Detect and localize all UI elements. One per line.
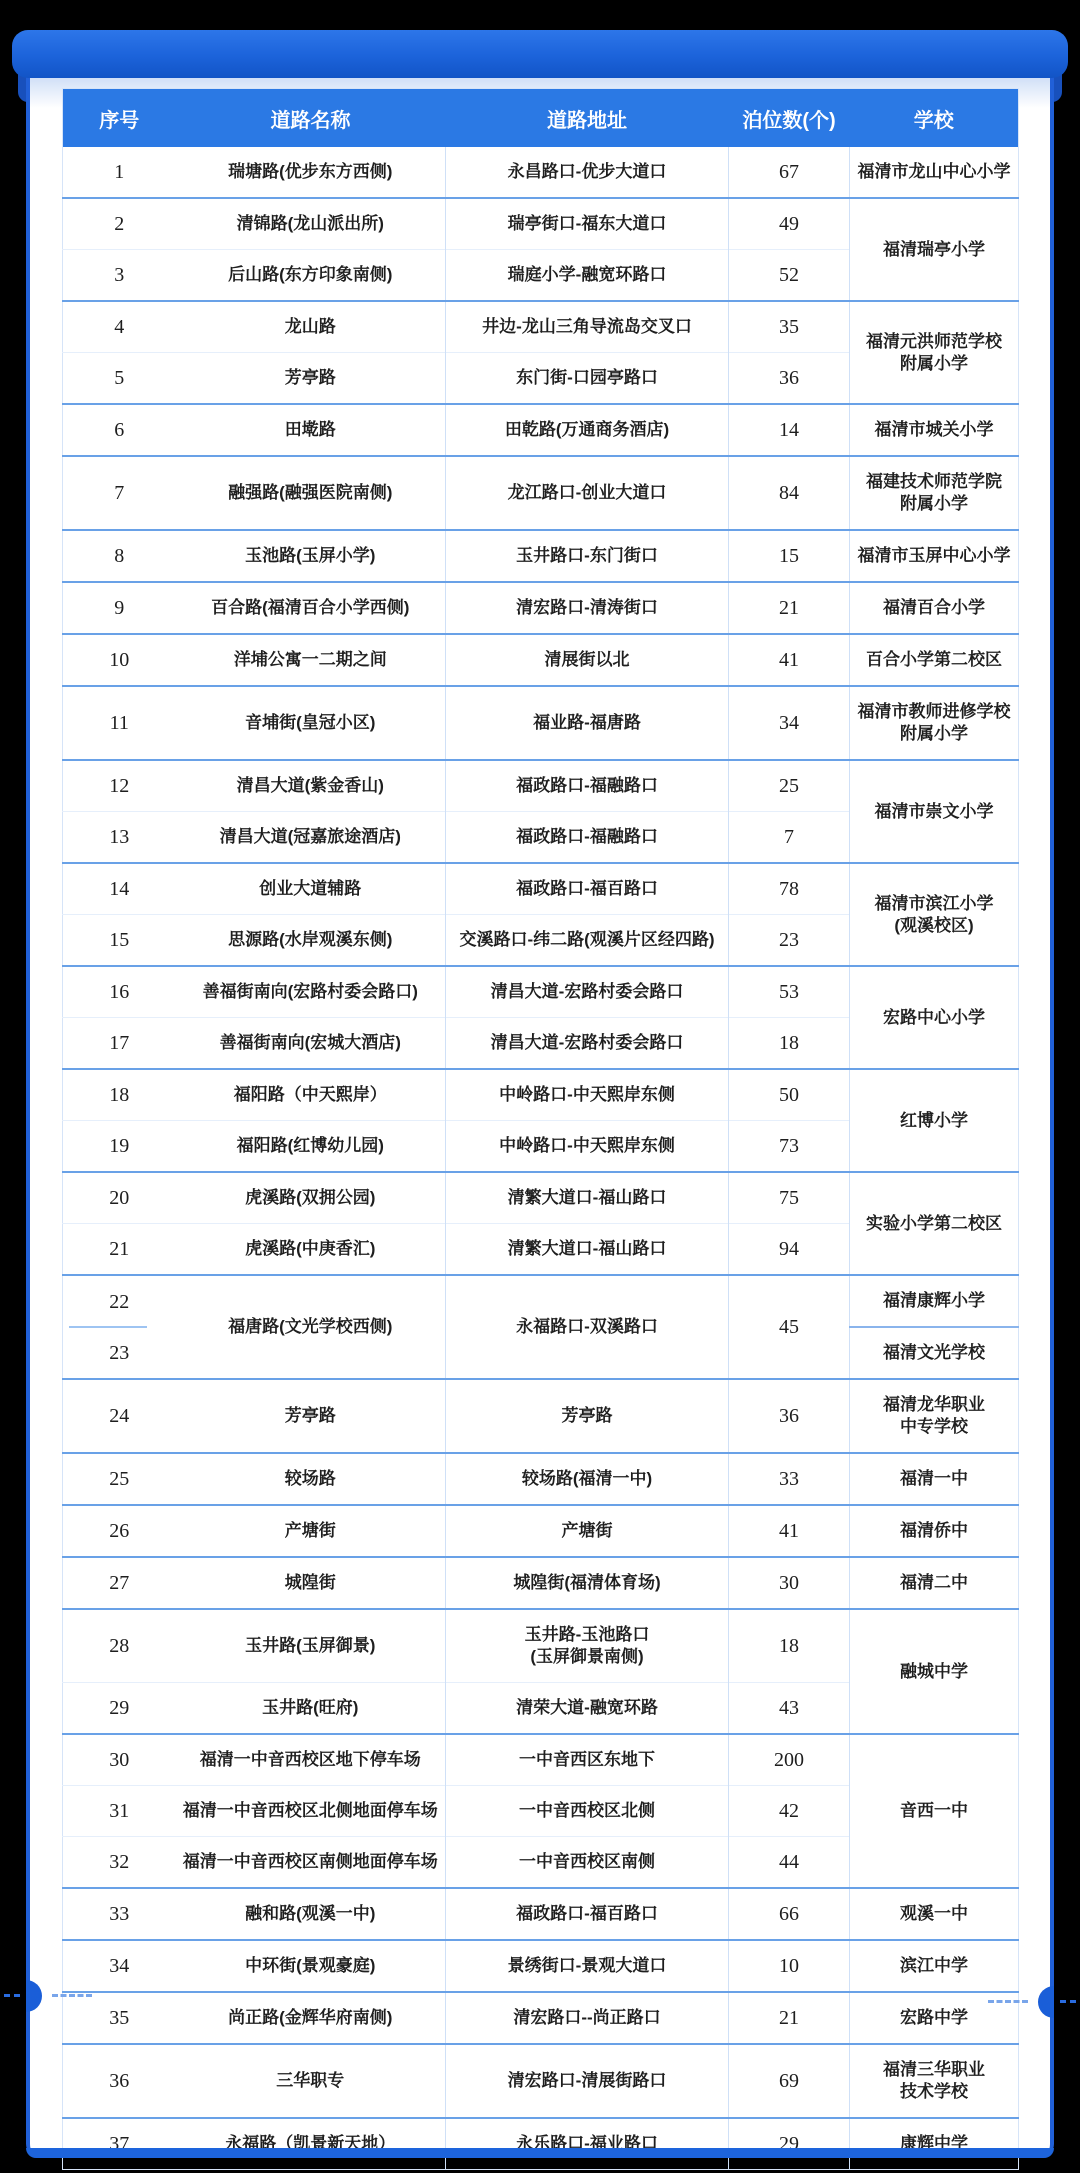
cell-road-address: 龙江路口-创业大道口 xyxy=(446,456,729,530)
cell-road-name: 清昌大道(冠嘉旅途酒店) xyxy=(176,812,446,864)
cell-school: 福建技术师范学院 附属小学 xyxy=(850,456,1019,530)
cell-spots-count: 69 xyxy=(729,2044,850,2118)
cell-school: 百合小学第二校区 xyxy=(850,634,1019,686)
cell-road-name: 福唐路(文光学校西侧) xyxy=(176,1275,446,1379)
cell-road-address: 芳亭路 xyxy=(446,1379,729,1453)
table-row: 12清昌大道(紫金香山)福政路口-福融路口25福清市崇文小学 xyxy=(63,760,1019,812)
cell-spots-count: 34 xyxy=(729,686,850,760)
table-row: 14创业大道辅路福政路口-福百路口78福清市滨江小学 (观溪校区) xyxy=(63,863,1019,915)
cell-spots-count: 35 xyxy=(729,301,850,353)
cell-road-address: 中岭路口-中天熙岸东侧 xyxy=(446,1069,729,1121)
cell-school: 福清百合小学 xyxy=(850,582,1019,634)
table-row: 33融和路(观溪一中)福政路口-福百路口66观溪一中 xyxy=(63,1888,1019,1940)
cell-road-address: 瑞庭小学-融宽环路口 xyxy=(446,250,729,302)
cell-school: 音西一中 xyxy=(850,1734,1019,1888)
cell-spots-count: 67 xyxy=(729,147,850,198)
cell-road-address: 一中音西区东地下 xyxy=(446,1734,729,1786)
cell-seq: 18 xyxy=(63,1069,176,1121)
cell-road-name: 玉井路(旺府) xyxy=(176,1683,446,1735)
cell-spots-count: 43 xyxy=(729,1683,850,1735)
cell-road-address: 永乐路口-福业路口 xyxy=(446,2118,729,2170)
cell-seq: 35 xyxy=(63,1992,176,2044)
cell-road-address: 井边-龙山三角导流岛交叉口 xyxy=(446,301,729,353)
cell-seq: 32 xyxy=(63,1837,176,1889)
cell-seq: 10 xyxy=(63,634,176,686)
cell-road-name: 芳亭路 xyxy=(176,353,446,405)
cell-road-address: 玉井路口-东门街口 xyxy=(446,530,729,582)
cell-seq: 5 xyxy=(63,353,176,405)
cell-seq: 27 xyxy=(63,1557,176,1609)
cell-seq: 1 xyxy=(63,147,176,198)
cell-seq: 22 xyxy=(63,1275,176,1327)
cell-road-address: 交溪路口-纬二路(观溪片区经四路) xyxy=(446,915,729,967)
cell-road-name: 玉池路(玉屏小学) xyxy=(176,530,446,582)
table-row: 30福清一中音西校区地下停车场一中音西区东地下200音西一中 xyxy=(63,1734,1019,1786)
cell-seq: 20 xyxy=(63,1172,176,1224)
cell-road-name: 清昌大道(紫金香山) xyxy=(176,760,446,812)
table-row: 37永福路（凯景新天地）永乐路口-福业路口29康辉中学 xyxy=(63,2118,1019,2170)
cell-road-name: 百合路(福清百合小学西侧) xyxy=(176,582,446,634)
cell-road-name: 永福路（凯景新天地） xyxy=(176,2118,446,2170)
scroll-rod-decoration xyxy=(12,30,1068,78)
cell-road-name: 尚正路(金辉华府南侧) xyxy=(176,1992,446,2044)
cell-spots-count: 50 xyxy=(729,1069,850,1121)
table-row: 10洋埔公寓一二期之间清展街以北41百合小学第二校区 xyxy=(63,634,1019,686)
cell-school: 宏路中心小学 xyxy=(850,966,1019,1069)
cell-road-address: 清宏路口-清涛街口 xyxy=(446,582,729,634)
cell-seq: 8 xyxy=(63,530,176,582)
right-tear-dash-outer xyxy=(1060,2000,1076,2003)
cell-road-name: 洋埔公寓一二期之间 xyxy=(176,634,446,686)
table-row: 1瑞塘路(优步东方西侧)永昌路口-优步大道口67福清市龙山中心小学 xyxy=(63,147,1019,198)
cell-seq: 19 xyxy=(63,1121,176,1173)
cell-spots-count: 78 xyxy=(729,863,850,915)
cell-road-name: 中环街(景观豪庭) xyxy=(176,1940,446,1992)
cell-road-address: 东门街-口园亭路口 xyxy=(446,353,729,405)
cell-spots-count: 49 xyxy=(729,198,850,250)
table-row: 11音埔街(皇冠小区)福业路-福唐路34福清市教师进修学校 附属小学 xyxy=(63,686,1019,760)
cell-spots-count: 52 xyxy=(729,250,850,302)
cell-spots-count: 14 xyxy=(729,404,850,456)
cell-road-name: 清锦路(龙山派出所) xyxy=(176,198,446,250)
table-row: 18福阳路（中天熙岸）中岭路口-中天熙岸东侧50红博小学 xyxy=(63,1069,1019,1121)
table-body: 1瑞塘路(优步东方西侧)永昌路口-优步大道口67福清市龙山中心小学2清锦路(龙山… xyxy=(63,147,1019,2170)
cell-road-address: 清昌大道-宏路村委会路口 xyxy=(446,1018,729,1070)
table-row: 22福唐路(文光学校西侧)永福路口-双溪路口45福清康辉小学 xyxy=(63,1275,1019,1327)
cell-road-address: 福政路口-福百路口 xyxy=(446,863,729,915)
header-row: 序号道路名称道路地址泊位数(个)学校 xyxy=(63,89,1019,148)
left-tear-dash-outer xyxy=(4,1994,20,1997)
cell-seq: 24 xyxy=(63,1379,176,1453)
table-row: 26产塘街产塘街41福清侨中 xyxy=(63,1505,1019,1557)
cell-road-name: 后山路(东方印象南侧) xyxy=(176,250,446,302)
cell-seq: 16 xyxy=(63,966,176,1018)
cell-school: 福清市教师进修学校 附属小学 xyxy=(850,686,1019,760)
cell-road-address: 清展街以北 xyxy=(446,634,729,686)
table-row: 4龙山路井边-龙山三角导流岛交叉口35福清元洪师范学校 附属小学 xyxy=(63,301,1019,353)
cell-seq: 29 xyxy=(63,1683,176,1735)
cell-seq: 17 xyxy=(63,1018,176,1070)
cell-road-name: 玉井路(玉屏御景) xyxy=(176,1609,446,1683)
cell-school: 福清文光学校 xyxy=(850,1327,1019,1379)
scroll-page: 序号道路名称道路地址泊位数(个)学校 1瑞塘路(优步东方西侧)永昌路口-优步大道… xyxy=(26,44,1054,2158)
cell-road-name: 融和路(观溪一中) xyxy=(176,1888,446,1940)
table-row: 9百合路(福清百合小学西侧)清宏路口-清涛街口21福清百合小学 xyxy=(63,582,1019,634)
cell-seq: 14 xyxy=(63,863,176,915)
cell-road-name: 善福街南向(宏城大酒店) xyxy=(176,1018,446,1070)
cell-spots-count: 18 xyxy=(729,1018,850,1070)
cell-seq: 4 xyxy=(63,301,176,353)
cell-school: 福清康辉小学 xyxy=(850,1275,1019,1327)
column-header-school: 学校 xyxy=(850,89,1019,148)
cell-road-address: 清宏路口-清展街路口 xyxy=(446,2044,729,2118)
cell-school: 滨江中学 xyxy=(850,1940,1019,1992)
cell-school: 福清市滨江小学 (观溪校区) xyxy=(850,863,1019,966)
cell-seq: 15 xyxy=(63,915,176,967)
cell-road-name: 创业大道辅路 xyxy=(176,863,446,915)
cell-school: 实验小学第二校区 xyxy=(850,1172,1019,1275)
cell-seq: 3 xyxy=(63,250,176,302)
cell-road-name: 龙山路 xyxy=(176,301,446,353)
cell-school: 福清市龙山中心小学 xyxy=(850,147,1019,198)
cell-road-address: 中岭路口-中天熙岸东侧 xyxy=(446,1121,729,1173)
cell-school: 福清市城关小学 xyxy=(850,404,1019,456)
cell-spots-count: 200 xyxy=(729,1734,850,1786)
cell-school: 康辉中学 xyxy=(850,2118,1019,2170)
cell-road-name: 福阳路(红博幼儿园) xyxy=(176,1121,446,1173)
cell-seq: 23 xyxy=(63,1327,176,1379)
cell-spots-count: 41 xyxy=(729,634,850,686)
cell-seq: 7 xyxy=(63,456,176,530)
cell-road-name: 三华职专 xyxy=(176,2044,446,2118)
cell-seq: 26 xyxy=(63,1505,176,1557)
cell-road-name: 田墘路 xyxy=(176,404,446,456)
cell-seq: 28 xyxy=(63,1609,176,1683)
cell-road-name: 产塘街 xyxy=(176,1505,446,1557)
cell-spots-count: 75 xyxy=(729,1172,850,1224)
table-row: 8玉池路(玉屏小学)玉井路口-东门街口15福清市玉屏中心小学 xyxy=(63,530,1019,582)
table-row: 2清锦路(龙山派出所)瑞亭街口-福东大道口49福清瑞亭小学 xyxy=(63,198,1019,250)
cell-road-address: 福政路口-福融路口 xyxy=(446,812,729,864)
cell-spots-count: 36 xyxy=(729,1379,850,1453)
cell-road-address: 福政路口-福融路口 xyxy=(446,760,729,812)
cell-road-name: 融强路(融强医院南侧) xyxy=(176,456,446,530)
cell-road-address: 一中音西校区北侧 xyxy=(446,1786,729,1837)
cell-road-address: 清繁大道口-福山路口 xyxy=(446,1172,729,1224)
cell-road-name: 虎溪路(双拥公园) xyxy=(176,1172,446,1224)
cell-school: 福清侨中 xyxy=(850,1505,1019,1557)
cell-road-name: 芳亭路 xyxy=(176,1379,446,1453)
cell-road-address: 清繁大道口-福山路口 xyxy=(446,1224,729,1276)
table-row: 28玉井路(玉屏御景)玉井路-玉池路口 (玉屏御景南侧)18融城中学 xyxy=(63,1609,1019,1683)
cell-spots-count: 21 xyxy=(729,582,850,634)
cell-spots-count: 44 xyxy=(729,1837,850,1889)
table-row: 36三华职专清宏路口-清展街路口69福清三华职业 技术学校 xyxy=(63,2044,1019,2118)
column-header-no: 序号 xyxy=(63,89,176,148)
table-row: 35尚正路(金辉华府南侧)清宏路口--尚正路口21宏路中学 xyxy=(63,1992,1019,2044)
cell-road-name: 虎溪路(中庚香汇) xyxy=(176,1224,446,1276)
cell-road-address: 田乾路(万通商务酒店) xyxy=(446,404,729,456)
cell-spots-count: 84 xyxy=(729,456,850,530)
table-row: 34中环街(景观豪庭)景绣街口-景观大道口10滨江中学 xyxy=(63,1940,1019,1992)
table-row: 25较场路较场路(福清一中)33福清一中 xyxy=(63,1453,1019,1505)
cell-road-address: 福政路口-福百路口 xyxy=(446,1888,729,1940)
cell-school: 福清龙华职业 中专学校 xyxy=(850,1379,1019,1453)
cell-school: 观溪一中 xyxy=(850,1888,1019,1940)
table-row: 24芳亭路芳亭路36福清龙华职业 中专学校 xyxy=(63,1379,1019,1453)
cell-road-name: 善福街南向(宏路村委会路口) xyxy=(176,966,446,1018)
cell-road-address: 永福路口-双溪路口 xyxy=(446,1275,729,1379)
cell-school: 福清市玉屏中心小学 xyxy=(850,530,1019,582)
table-row: 6田墘路田乾路(万通商务酒店)14福清市城关小学 xyxy=(63,404,1019,456)
cell-spots-count: 66 xyxy=(729,1888,850,1940)
cell-road-name: 城隍街 xyxy=(176,1557,446,1609)
cell-school: 福清市崇文小学 xyxy=(850,760,1019,863)
cell-spots-count: 33 xyxy=(729,1453,850,1505)
cell-seq: 37 xyxy=(63,2118,176,2170)
cell-road-address: 景绣街口-景观大道口 xyxy=(446,1940,729,1992)
cell-road-name: 较场路 xyxy=(176,1453,446,1505)
table-row: 27城隍街城隍街(福清体育场)30福清二中 xyxy=(63,1557,1019,1609)
cell-spots-count: 25 xyxy=(729,760,850,812)
cell-school: 福清三华职业 技术学校 xyxy=(850,2044,1019,2118)
cell-seq: 21 xyxy=(63,1224,176,1276)
cell-seq: 30 xyxy=(63,1734,176,1786)
cell-road-address: 清宏路口--尚正路口 xyxy=(446,1992,729,2044)
table-row: 16善福街南向(宏路村委会路口)清昌大道-宏路村委会路口53宏路中心小学 xyxy=(63,966,1019,1018)
cell-road-address: 永昌路口-优步大道口 xyxy=(446,147,729,198)
cell-school: 福清一中 xyxy=(850,1453,1019,1505)
cell-spots-count: 15 xyxy=(729,530,850,582)
cell-spots-count: 36 xyxy=(729,353,850,405)
column-header-name: 道路名称 xyxy=(176,89,446,148)
right-tear-dash-inner xyxy=(988,2000,1028,2003)
table-row: 7融强路(融强医院南侧)龙江路口-创业大道口84福建技术师范学院 附属小学 xyxy=(63,456,1019,530)
cell-seq: 33 xyxy=(63,1888,176,1940)
cell-road-address: 产塘街 xyxy=(446,1505,729,1557)
parking-table-wrap: 序号道路名称道路地址泊位数(个)学校 1瑞塘路(优步东方西侧)永昌路口-优步大道… xyxy=(62,88,1019,2170)
cell-spots-count: 23 xyxy=(729,915,850,967)
cell-seq: 31 xyxy=(63,1786,176,1837)
cell-spots-count: 10 xyxy=(729,1940,850,1992)
cell-seq: 34 xyxy=(63,1940,176,1992)
cell-school: 融城中学 xyxy=(850,1609,1019,1734)
cell-spots-count: 53 xyxy=(729,966,850,1018)
cell-spots-count: 45 xyxy=(729,1275,850,1379)
cell-seq: 11 xyxy=(63,686,176,760)
table-header: 序号道路名称道路地址泊位数(个)学校 xyxy=(63,89,1019,148)
cell-spots-count: 7 xyxy=(729,812,850,864)
table-row: 20虎溪路(双拥公园)清繁大道口-福山路口75实验小学第二校区 xyxy=(63,1172,1019,1224)
cell-school: 福清元洪师范学校 附属小学 xyxy=(850,301,1019,404)
cell-spots-count: 30 xyxy=(729,1557,850,1609)
cell-school: 福清二中 xyxy=(850,1557,1019,1609)
cell-seq: 13 xyxy=(63,812,176,864)
cell-road-address: 清昌大道-宏路村委会路口 xyxy=(446,966,729,1018)
cell-road-address: 较场路(福清一中) xyxy=(446,1453,729,1505)
cell-road-name: 福清一中音西校区南侧地面停车场 xyxy=(176,1837,446,1889)
cell-road-name: 音埔街(皇冠小区) xyxy=(176,686,446,760)
cell-seq: 6 xyxy=(63,404,176,456)
page-bottom-strip xyxy=(26,2148,1054,2158)
cell-road-address: 一中音西校区南侧 xyxy=(446,1837,729,1889)
cell-road-name: 瑞塘路(优步东方西侧) xyxy=(176,147,446,198)
parking-table: 序号道路名称道路地址泊位数(个)学校 1瑞塘路(优步东方西侧)永昌路口-优步大道… xyxy=(62,88,1019,2170)
cell-spots-count: 18 xyxy=(729,1609,850,1683)
cell-spots-count: 94 xyxy=(729,1224,850,1276)
cell-seq: 25 xyxy=(63,1453,176,1505)
cell-road-name: 福清一中音西校区地下停车场 xyxy=(176,1734,446,1786)
cell-spots-count: 41 xyxy=(729,1505,850,1557)
cell-spots-count: 42 xyxy=(729,1786,850,1837)
cell-spots-count: 29 xyxy=(729,2118,850,2170)
cell-road-address: 瑞亭街口-福东大道口 xyxy=(446,198,729,250)
cell-road-name: 福清一中音西校区北侧地面停车场 xyxy=(176,1786,446,1837)
cell-road-name: 思源路(水岸观溪东侧) xyxy=(176,915,446,967)
cell-road-address: 清荣大道-融宽环路 xyxy=(446,1683,729,1735)
cell-road-address: 城隍街(福清体育场) xyxy=(446,1557,729,1609)
cell-spots-count: 73 xyxy=(729,1121,850,1173)
cell-road-address: 福业路-福唐路 xyxy=(446,686,729,760)
cell-seq: 12 xyxy=(63,760,176,812)
cell-seq: 36 xyxy=(63,2044,176,2118)
cell-spots-count: 21 xyxy=(729,1992,850,2044)
column-header-address: 道路地址 xyxy=(446,89,729,148)
left-tear-dash-inner xyxy=(52,1994,92,1997)
column-header-spots: 泊位数(个) xyxy=(729,89,850,148)
cell-road-name: 福阳路（中天熙岸） xyxy=(176,1069,446,1121)
cell-school: 福清瑞亭小学 xyxy=(850,198,1019,301)
cell-school: 红博小学 xyxy=(850,1069,1019,1172)
cell-road-address: 玉井路-玉池路口 (玉屏御景南侧) xyxy=(446,1609,729,1683)
cell-seq: 2 xyxy=(63,198,176,250)
cell-seq: 9 xyxy=(63,582,176,634)
